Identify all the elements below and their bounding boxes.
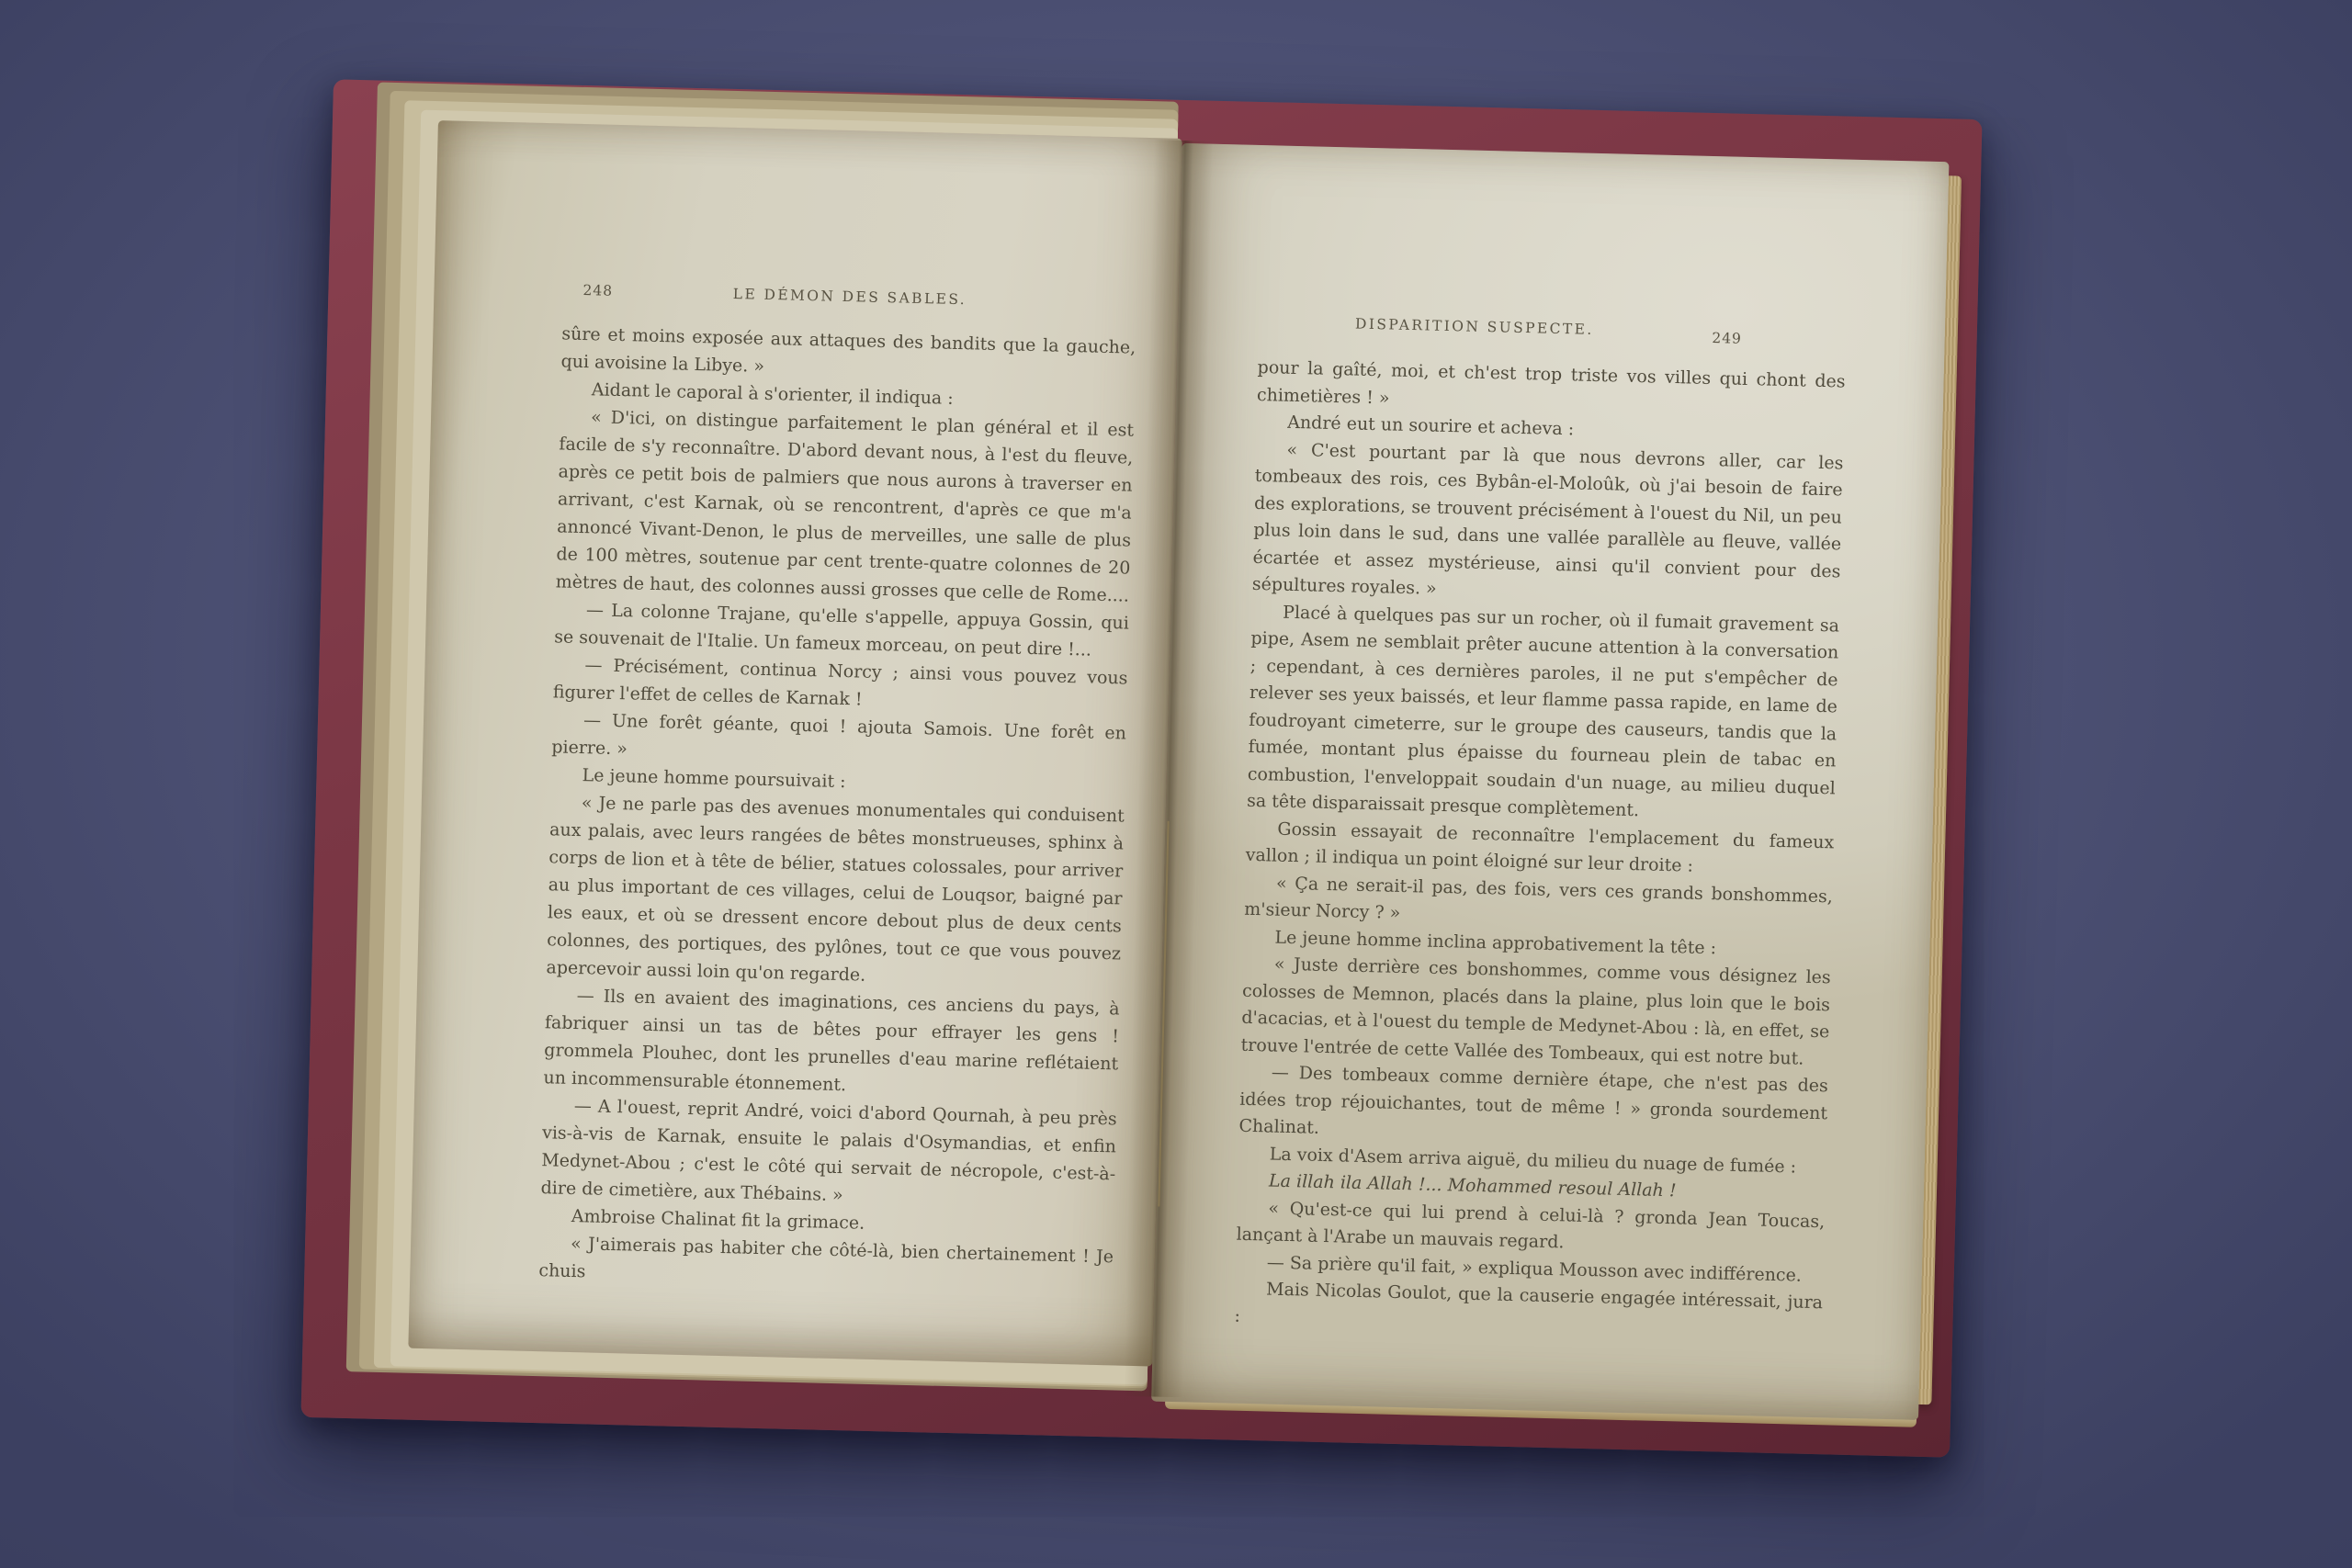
right-page-text: pour la gaîté, moi, et ch'est trop trist… <box>1234 355 1846 1344</box>
scene: 248 LE DÉMON DES SABLES. sûre et moins e… <box>0 0 2352 1568</box>
paragraph: « Juste derrière ces bonshommes, comme v… <box>1240 951 1831 1074</box>
paragraph: « C'est pourtant par là que nous devrons… <box>1252 435 1844 613</box>
left-page-number: 248 <box>562 281 627 299</box>
right-page-number: 249 <box>1607 327 1846 349</box>
open-book: 248 LE DÉMON DES SABLES. sûre et moins e… <box>300 79 1982 1457</box>
paragraph: « D'ici, on distingue parfaitement le pl… <box>555 402 1134 609</box>
right-header-spacer <box>1259 332 1341 333</box>
left-page: 248 LE DÉMON DES SABLES. sûre et moins e… <box>408 120 1182 1366</box>
paragraph: — Ils en avaient des imaginations, ces a… <box>543 981 1120 1105</box>
photo-backdrop: { "palette": { "backdrop": "#4c5073", "c… <box>0 0 2352 1568</box>
paragraph: — A l'ouest, reprit André, voici d'abord… <box>540 1091 1117 1215</box>
paragraph: — Des tombeaux comme dernière étape, che… <box>1238 1059 1828 1155</box>
paragraph: Placé à quelques pas sur un rocher, où i… <box>1247 598 1840 829</box>
left-page-text: sûre et moins exposée aux attaques des b… <box>538 320 1136 1298</box>
left-running-title: LE DÉMON DES SABLES. <box>627 283 1072 310</box>
right-running-title: DISPARITION SUSPECTE. <box>1341 315 1608 338</box>
right-page-header: DISPARITION SUSPECTE. 249 <box>1259 313 1847 344</box>
paragraph: « Je ne parle pas des avenues monumental… <box>546 788 1125 995</box>
left-header-spacer <box>1072 307 1136 309</box>
left-page-header: 248 LE DÉMON DES SABLES. <box>562 281 1136 311</box>
right-page: DISPARITION SUSPECTE. 249 pour la gaîté,… <box>1151 143 1949 1420</box>
